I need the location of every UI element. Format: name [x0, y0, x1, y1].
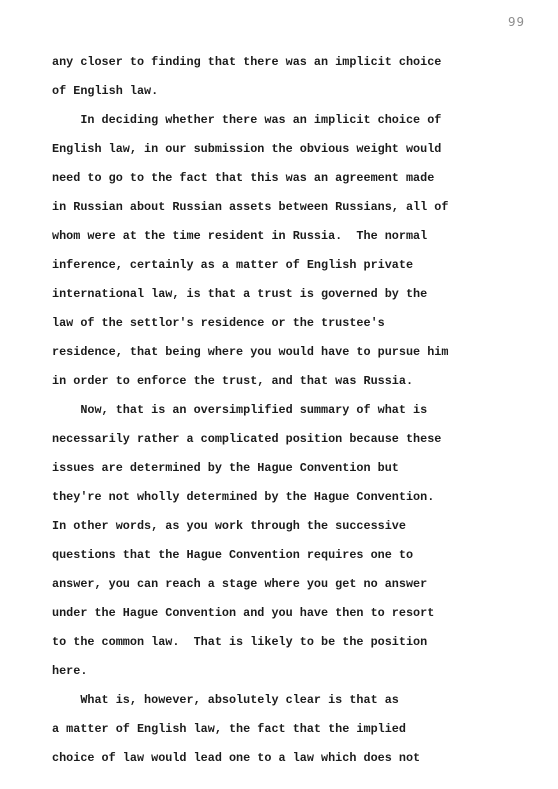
- transcript-line: in order to enforce the trust, and that …: [52, 367, 492, 396]
- transcript-line: In deciding whether there was an implici…: [52, 106, 492, 135]
- transcript-line: any closer to finding that there was an …: [52, 48, 492, 77]
- transcript-line: of English law.: [52, 77, 492, 106]
- transcript-line: whom were at the time resident in Russia…: [52, 222, 492, 251]
- transcript-line: international law, is that a trust is go…: [52, 280, 492, 309]
- transcript-line: a matter of English law, the fact that t…: [52, 715, 492, 744]
- transcript-line: under the Hague Convention and you have …: [52, 599, 492, 628]
- transcript-line: residence, that being where you would ha…: [52, 338, 492, 367]
- transcript-line: choice of law would lead one to a law wh…: [52, 744, 492, 773]
- transcript-line: Now, that is an oversimplified summary o…: [52, 396, 492, 425]
- transcript-page: 99 any closer to finding that there was …: [0, 0, 558, 789]
- transcript-line: inference, certainly as a matter of Engl…: [52, 251, 492, 280]
- transcript-line: need to go to the fact that this was an …: [52, 164, 492, 193]
- transcript-line: they're not wholly determined by the Hag…: [52, 483, 492, 512]
- transcript-text: any closer to finding that there was an …: [52, 48, 492, 773]
- transcript-line: necessarily rather a complicated positio…: [52, 425, 492, 454]
- transcript-line: questions that the Hague Convention requ…: [52, 541, 492, 570]
- transcript-line: English law, in our submission the obvio…: [52, 135, 492, 164]
- transcript-line: in Russian about Russian assets between …: [52, 193, 492, 222]
- transcript-line: answer, you can reach a stage where you …: [52, 570, 492, 599]
- page-number: 99: [508, 14, 525, 29]
- transcript-line: here.: [52, 657, 492, 686]
- transcript-line: issues are determined by the Hague Conve…: [52, 454, 492, 483]
- transcript-line: What is, however, absolutely clear is th…: [52, 686, 492, 715]
- transcript-line: law of the settlor's residence or the tr…: [52, 309, 492, 338]
- transcript-line: to the common law. That is likely to be …: [52, 628, 492, 657]
- transcript-line: In other words, as you work through the …: [52, 512, 492, 541]
